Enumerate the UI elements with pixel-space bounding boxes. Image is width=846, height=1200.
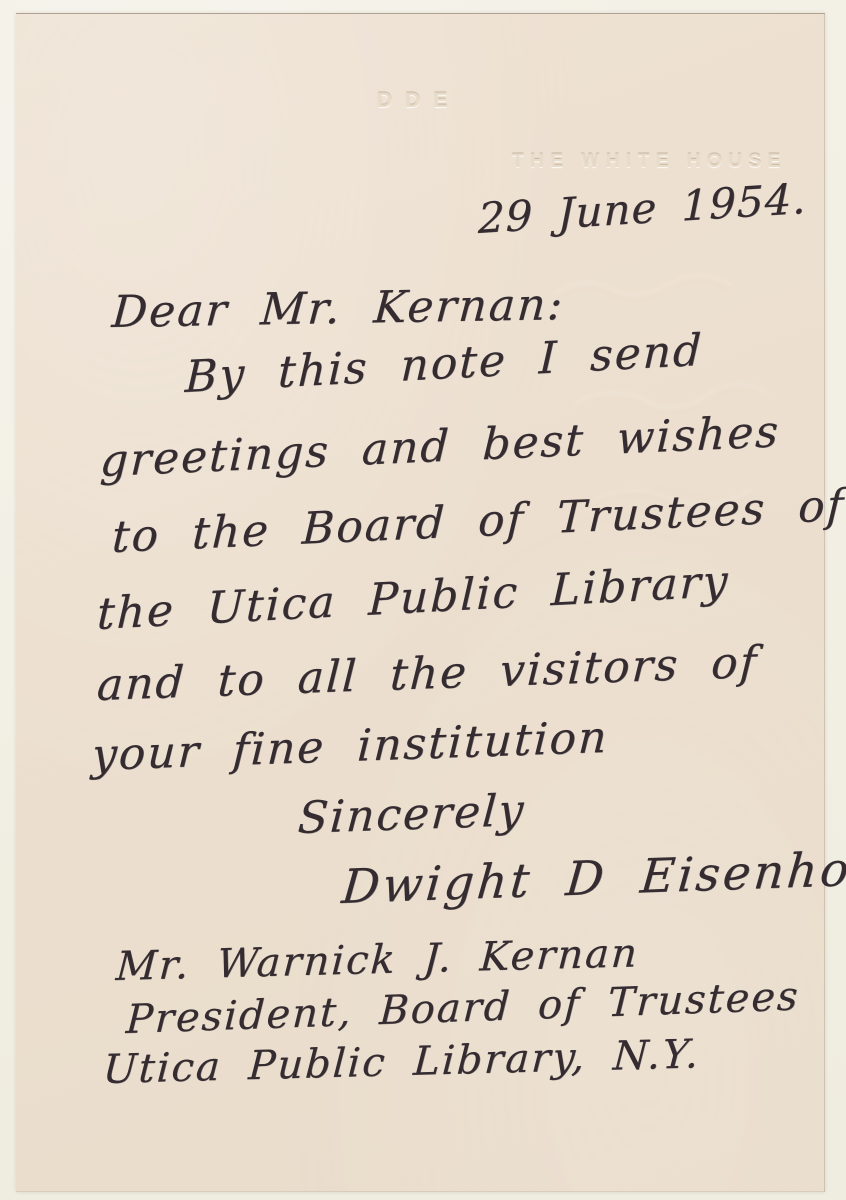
salutation-line: Dear Mr. Kernan: bbox=[110, 283, 565, 335]
body-line-3: to the Board of Trustees of bbox=[111, 484, 846, 560]
body-line-5: and to all the visitors of bbox=[96, 641, 759, 708]
body-line-4: the Utica Public Library bbox=[96, 560, 730, 637]
body-line-1: By this note I send bbox=[184, 329, 704, 400]
letter-paper: DDE THE WHITE HOUSE 29 June 1954. Dear M… bbox=[16, 13, 825, 1192]
closing-line: Sincerely bbox=[296, 789, 526, 841]
recipient-line-1: Mr. Warnick J. Kernan bbox=[115, 933, 640, 987]
body-line-2: greetings and best wishes bbox=[99, 410, 781, 484]
recipient-line-3: Utica Public Library, N.Y. bbox=[102, 1034, 702, 1090]
body-line-6: your fine institution bbox=[91, 716, 610, 778]
embossed-letterhead: THE WHITE HOUSE bbox=[512, 151, 787, 173]
signature: Dwight D Eisenhower bbox=[340, 843, 846, 911]
embossed-monogram: DDE bbox=[377, 89, 460, 113]
date-line: 29 June 1954. bbox=[478, 178, 807, 240]
